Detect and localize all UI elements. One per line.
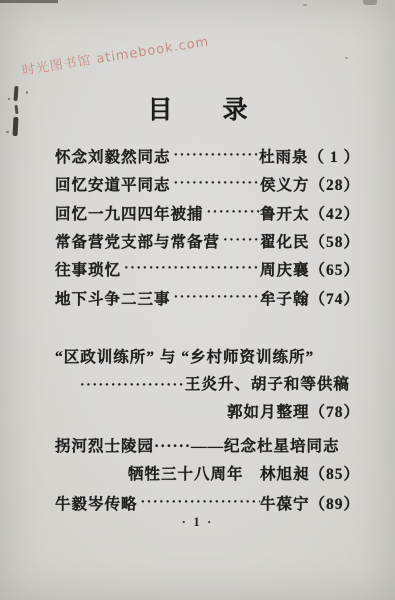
entry-title: 往事琐忆 [55,258,121,280]
dot-leader: ········································… [171,148,259,164]
entry-title: “区政训练所” 与 “乡村师资训练所” [55,344,360,371]
entry-title: 牛毅岑传略 [55,492,138,514]
toc-entry: 回忆安道平同志 ································… [55,170,360,198]
dot-leader: ········································… [121,261,260,277]
toc-entry-memorial: 拐河烈士陵园······——纪念杜星培同志 牺牲三十八周年 林旭昶（85） [55,433,360,489]
toc-content: 怀念刘毅然同志 ································… [55,142,360,517]
scan-artifact-top-bar [0,0,58,3]
entry-editor-page-number: 郭如月整理（78） [55,399,360,426]
dust-speck [6,131,9,133]
contributors-names: 王炎升、胡子和等供稿 [185,376,350,393]
toc-entry: 牛毅岑传略 ··································… [55,489,360,517]
toc-entry: 往事琐忆 ···································… [55,255,360,283]
entry-page-number: （ 1 ） [308,145,360,167]
dot-leader: ········································… [171,290,260,306]
entry-author: 侯义方 [260,173,310,195]
entry-author: 鲁开太 [260,202,310,224]
entry-title: 地下斗争二三事 [55,287,171,309]
entry-author: 翟化民 [260,230,310,252]
dot-leader: ········································… [171,176,260,192]
entry-author: 牛葆宁 [260,492,310,514]
entry-page-number: （58） [309,230,360,252]
entry-author: 牟子翰 [260,287,310,309]
scanned-toc-page: 时光图书馆 atimebook.com 目 录 怀念刘毅然同志 ········… [0,0,395,600]
entry-subtitle-author-page: 牺牲三十八周年 林旭昶（85） [55,461,360,489]
entry-title: 拐河烈士陵园······——纪念杜星培同志 [55,433,360,461]
entry-title: 怀念刘毅然同志 [55,145,171,167]
entry-title: 回忆一九四四年被捕 [55,202,204,224]
entry-title: 常备营党支部与常备营 [55,230,220,252]
dust-speck [303,4,307,6]
dot-leader: ········································… [220,233,260,249]
dot-leader: ················· [80,378,185,393]
entry-page-number: （42） [309,202,360,224]
toc-entry-training-schools: “区政训练所” 与 “乡村师资训练所” ·················王炎升… [55,344,360,426]
page-number-footer: · 1 · [0,514,395,530]
toc-entry: 怀念刘毅然同志 ································… [55,142,360,170]
entry-page-number: （89） [309,492,360,514]
entry-page-number: （74） [309,287,360,309]
toc-entry: 地下斗争二三事 ································… [55,283,360,311]
scan-artifact-corner-mark [363,0,377,5]
dot-leader: ········································… [138,495,260,511]
entry-title: 回忆安道平同志 [55,173,171,195]
entry-author: 杜雨泉 [259,145,309,167]
dot-leader: ········································… [204,205,260,221]
library-watermark: 时光图书馆 atimebook.com [21,19,281,78]
entry-page-number: （65） [309,258,360,280]
toc-entry: 回忆一九四四年被捕 ······························… [55,199,360,227]
entry-page-number: （28） [309,173,360,195]
entry-author: 周庆襄 [260,258,310,280]
dust-speck [345,57,348,59]
entry-contributors: ·················王炎升、胡子和等供稿 [55,371,360,399]
page-title: 目 录 [0,90,395,126]
toc-entry: 常备营党支部与常备营 ·····························… [55,227,360,255]
